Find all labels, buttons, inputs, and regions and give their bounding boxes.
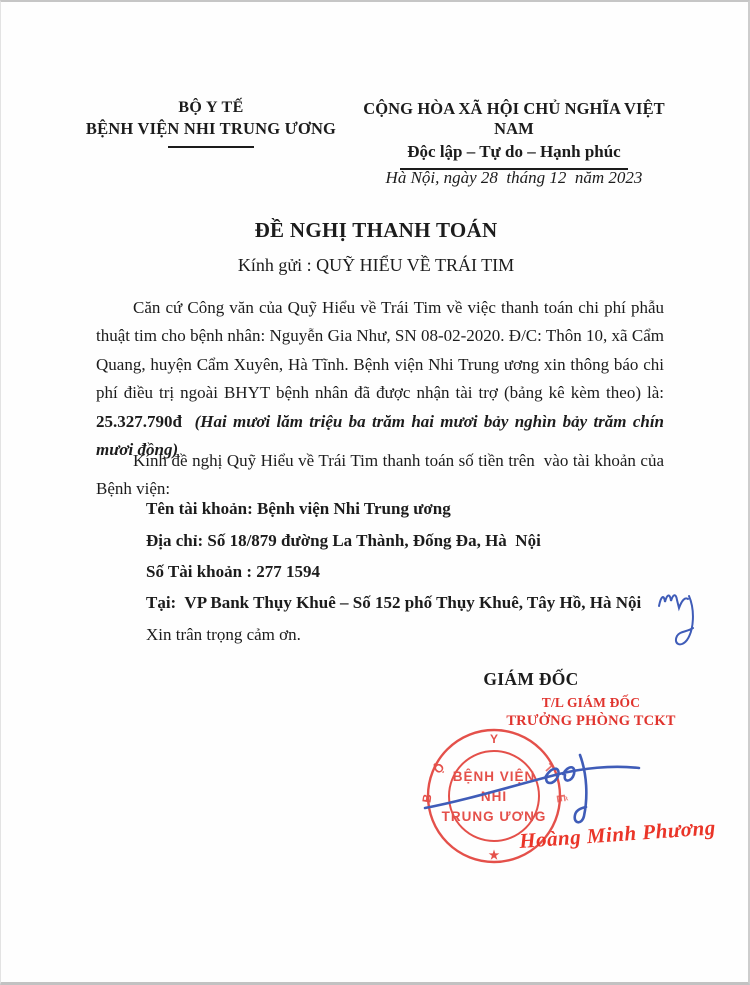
recipient-line: Kính gửi : QUỸ HIỂU VỀ TRÁI TIM — [1, 255, 750, 276]
address-line: Địa chỉ: Số 18/879 đường La Thành, Đống … — [146, 531, 666, 551]
stamp-star-icon: ★ — [489, 848, 500, 862]
paragraph-1-text: Căn cứ Công văn của Quỹ Hiểu về Trái Tim… — [96, 298, 673, 402]
blue-initial-mark — [649, 582, 711, 656]
motto-line2: Độc lập – Tự do – Hạnh phúc — [348, 142, 680, 162]
bank-line: Tại: VP Bank Thụy Khuê – Số 152 phố Thụy… — [146, 593, 666, 613]
document-page: BỘ Y TẾ BỆNH VIỆN NHI TRUNG ƯƠNG CỘNG HÒ… — [0, 0, 750, 985]
org-name: BỆNH VIỆN NHI TRUNG ƯƠNG — [85, 119, 337, 139]
org-header-block: BỘ Y TẾ BỆNH VIỆN NHI TRUNG ƯƠNG — [85, 99, 337, 148]
national-motto-block: CỘNG HÒA XÃ HỘI CHỦ NGHĨA VIỆT NAM Độc l… — [348, 99, 680, 170]
thanks-line: Xin trân trọng cảm ơn. — [146, 625, 546, 645]
body-paragraph-1: Căn cứ Công văn của Quỹ Hiểu về Trái Tim… — [96, 294, 664, 464]
document-title: ĐỀ NGHỊ THANH TOÁN — [1, 218, 750, 243]
org-underline — [168, 146, 254, 148]
date-line: Hà Nội, ngày 28 tháng 12 năm 2023 — [348, 168, 680, 188]
payment-amount: 25.327.790đ — [96, 412, 182, 431]
account-name-line: Tên tài khoản: Bệnh viện Nhi Trung ương — [146, 499, 666, 519]
delegation-line1: T/L GIÁM ĐỐC — [506, 695, 676, 711]
account-number-line: Số Tài khoản : 277 1594 — [146, 562, 666, 582]
body-paragraph-2: Kính đề nghị Quỹ Hiểu về Trái Tim thanh … — [96, 447, 664, 504]
org-parent-name: BỘ Y TẾ — [85, 99, 337, 117]
director-title: GIÁM ĐỐC — [456, 669, 606, 690]
motto-line1: CỘNG HÒA XÃ HỘI CHỦ NGHĨA VIỆT NAM — [348, 99, 680, 139]
